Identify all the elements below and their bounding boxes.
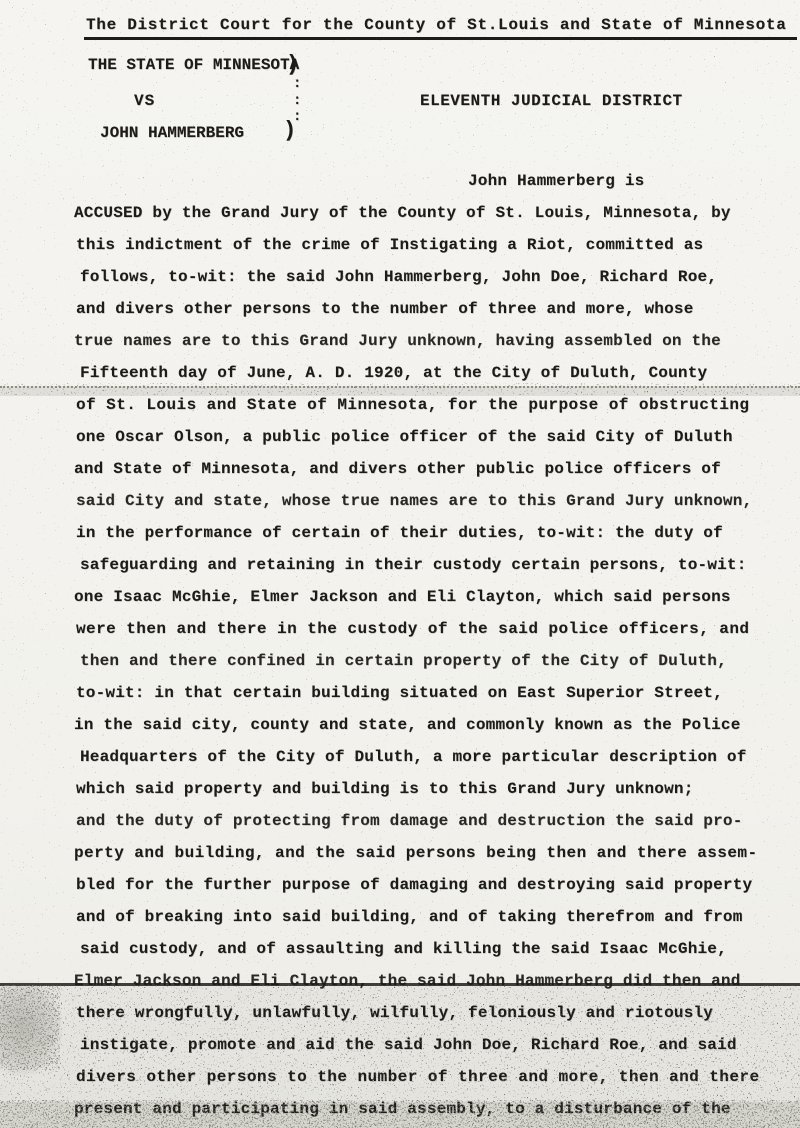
document-line: and the duty of protecting from damage a… (0, 805, 800, 837)
caption-plaintiff: THE STATE OF MINNESOTA (88, 56, 299, 74)
document-body: John Hammerberg is ACCUSED by the Grand … (0, 165, 800, 1125)
body-lines: ACCUSED by the Grand Jury of the County … (0, 197, 800, 1125)
document-page: The District Court for the County of St.… (0, 0, 800, 1128)
document-line: Elmer Jackson and Eli Clayton, the said … (0, 965, 800, 997)
document-line: were then and there in the custody of th… (0, 613, 800, 645)
document-line: perty and building, and the said persons… (0, 837, 800, 869)
document-line: Headquarters of the City of Duluth, a mo… (4, 741, 800, 773)
document-line: Fifteenth day of June, A. D. 1920, at th… (4, 357, 800, 389)
document-line: instigate, promote and aid the said John… (4, 1029, 800, 1061)
document-line: said City and state, whose true names ar… (0, 485, 800, 517)
document-line: and divers other persons to the number o… (0, 293, 800, 325)
document-line: ACCUSED by the Grand Jury of the County … (0, 197, 800, 229)
document-line: safeguarding and retaining in their cust… (4, 549, 800, 581)
caption-colon: : (293, 76, 301, 92)
document-line: one Oscar Olson, a public police officer… (0, 421, 800, 453)
document-line: divers other persons to the number of th… (0, 1061, 800, 1093)
caption-defendant: JOHN HAMMERBERG (100, 124, 244, 142)
court-title: The District Court for the County of St.… (84, 16, 797, 40)
caption-versus: VS (134, 92, 155, 110)
document-line: then and there confined in certain prope… (4, 645, 800, 677)
document-line: present and participating in said assemb… (0, 1093, 800, 1125)
document-line: bled for the further purpose of damaging… (0, 869, 800, 901)
document-line: which said property and building is to t… (0, 773, 800, 805)
caption-bracket-top: ) (286, 52, 299, 77)
caption-bracket-bottom: ) (283, 118, 296, 143)
document-line: said custody, and of assaulting and kill… (4, 933, 800, 965)
document-line: there wrongfully, unlawfully, wilfully, … (0, 997, 800, 1029)
document-line: to-wit: in that certain building situate… (0, 677, 800, 709)
caption-district: ELEVENTH JUDICIAL DISTRICT (420, 92, 683, 110)
document-line: one Isaac McGhie, Elmer Jackson and Eli … (0, 581, 800, 613)
document-line: in the performance of certain of their d… (0, 517, 800, 549)
document-line: in the said city, county and state, and … (0, 709, 800, 741)
document-line: and of breaking into said building, and … (0, 901, 800, 933)
document-line: and State of Minnesota, and divers other… (0, 453, 800, 485)
document-line: of St. Louis and State of Minnesota, for… (0, 389, 800, 421)
document-line: this indictment of the crime of Instigat… (0, 229, 800, 261)
caption-colon: : (293, 93, 301, 109)
document-line: true names are to this Grand Jury unknow… (0, 325, 800, 357)
document-line: follows, to-wit: the said John Hammerber… (4, 261, 800, 293)
body-opening-line: John Hammerberg is (0, 165, 800, 197)
